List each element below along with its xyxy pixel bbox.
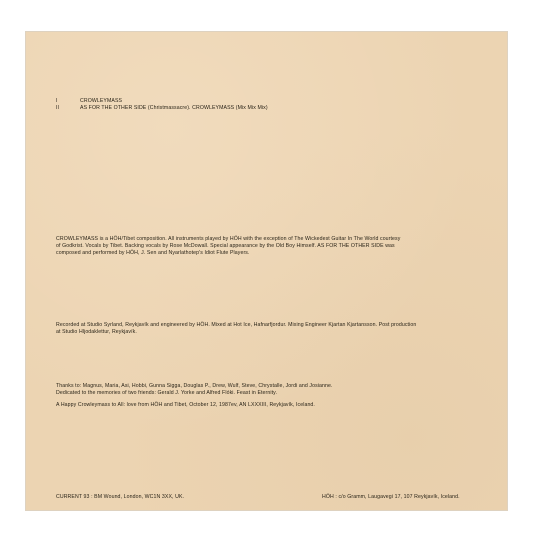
recording-line: Recorded at Studio Syrland, Reykjavík an… bbox=[56, 322, 506, 329]
footer-address-current93: CURRENT 93 : BM Wound, London, WC1N 3XX,… bbox=[56, 494, 184, 501]
credits-line: CROWLEYMASS is a HÖH/Tibet composition. … bbox=[56, 236, 506, 243]
credits-line: composed and performed by HÖH, J. Sen an… bbox=[56, 250, 506, 257]
track-item: II AS FOR THE OTHER SIDE (Christmassacre… bbox=[56, 105, 268, 112]
footer-address-hoh: HÖH : c/o Gramm, Laugavegi 17, 107 Reykj… bbox=[322, 494, 460, 501]
greeting-line: A Happy Crowleymass to All: love from HÖ… bbox=[56, 402, 315, 409]
track-numeral: II bbox=[56, 105, 80, 112]
thanks-paragraph: Thanks to: Magnus, Maria, Asi, Hobbi, Gu… bbox=[56, 383, 333, 397]
track-numeral: I bbox=[56, 98, 80, 105]
credits-paragraph: CROWLEYMASS is a HÖH/Tibet composition. … bbox=[56, 236, 506, 258]
thanks-line: Thanks to: Magnus, Maria, Asi, Hobbi, Gu… bbox=[56, 383, 333, 390]
track-item: I CROWLEYMASS bbox=[56, 98, 268, 105]
tracklist: I CROWLEYMASS II AS FOR THE OTHER SIDE (… bbox=[56, 98, 268, 112]
dedication-line: Dedicated to the memories of two friends… bbox=[56, 390, 333, 397]
recording-paragraph: Recorded at Studio Syrland, Reykjavík an… bbox=[56, 322, 506, 336]
recording-line: at Studio Hljodaklettur, Reykjavík. bbox=[56, 329, 506, 336]
track-title: CROWLEYMASS bbox=[80, 98, 122, 105]
track-title: AS FOR THE OTHER SIDE (Christmassacre). … bbox=[80, 105, 268, 112]
